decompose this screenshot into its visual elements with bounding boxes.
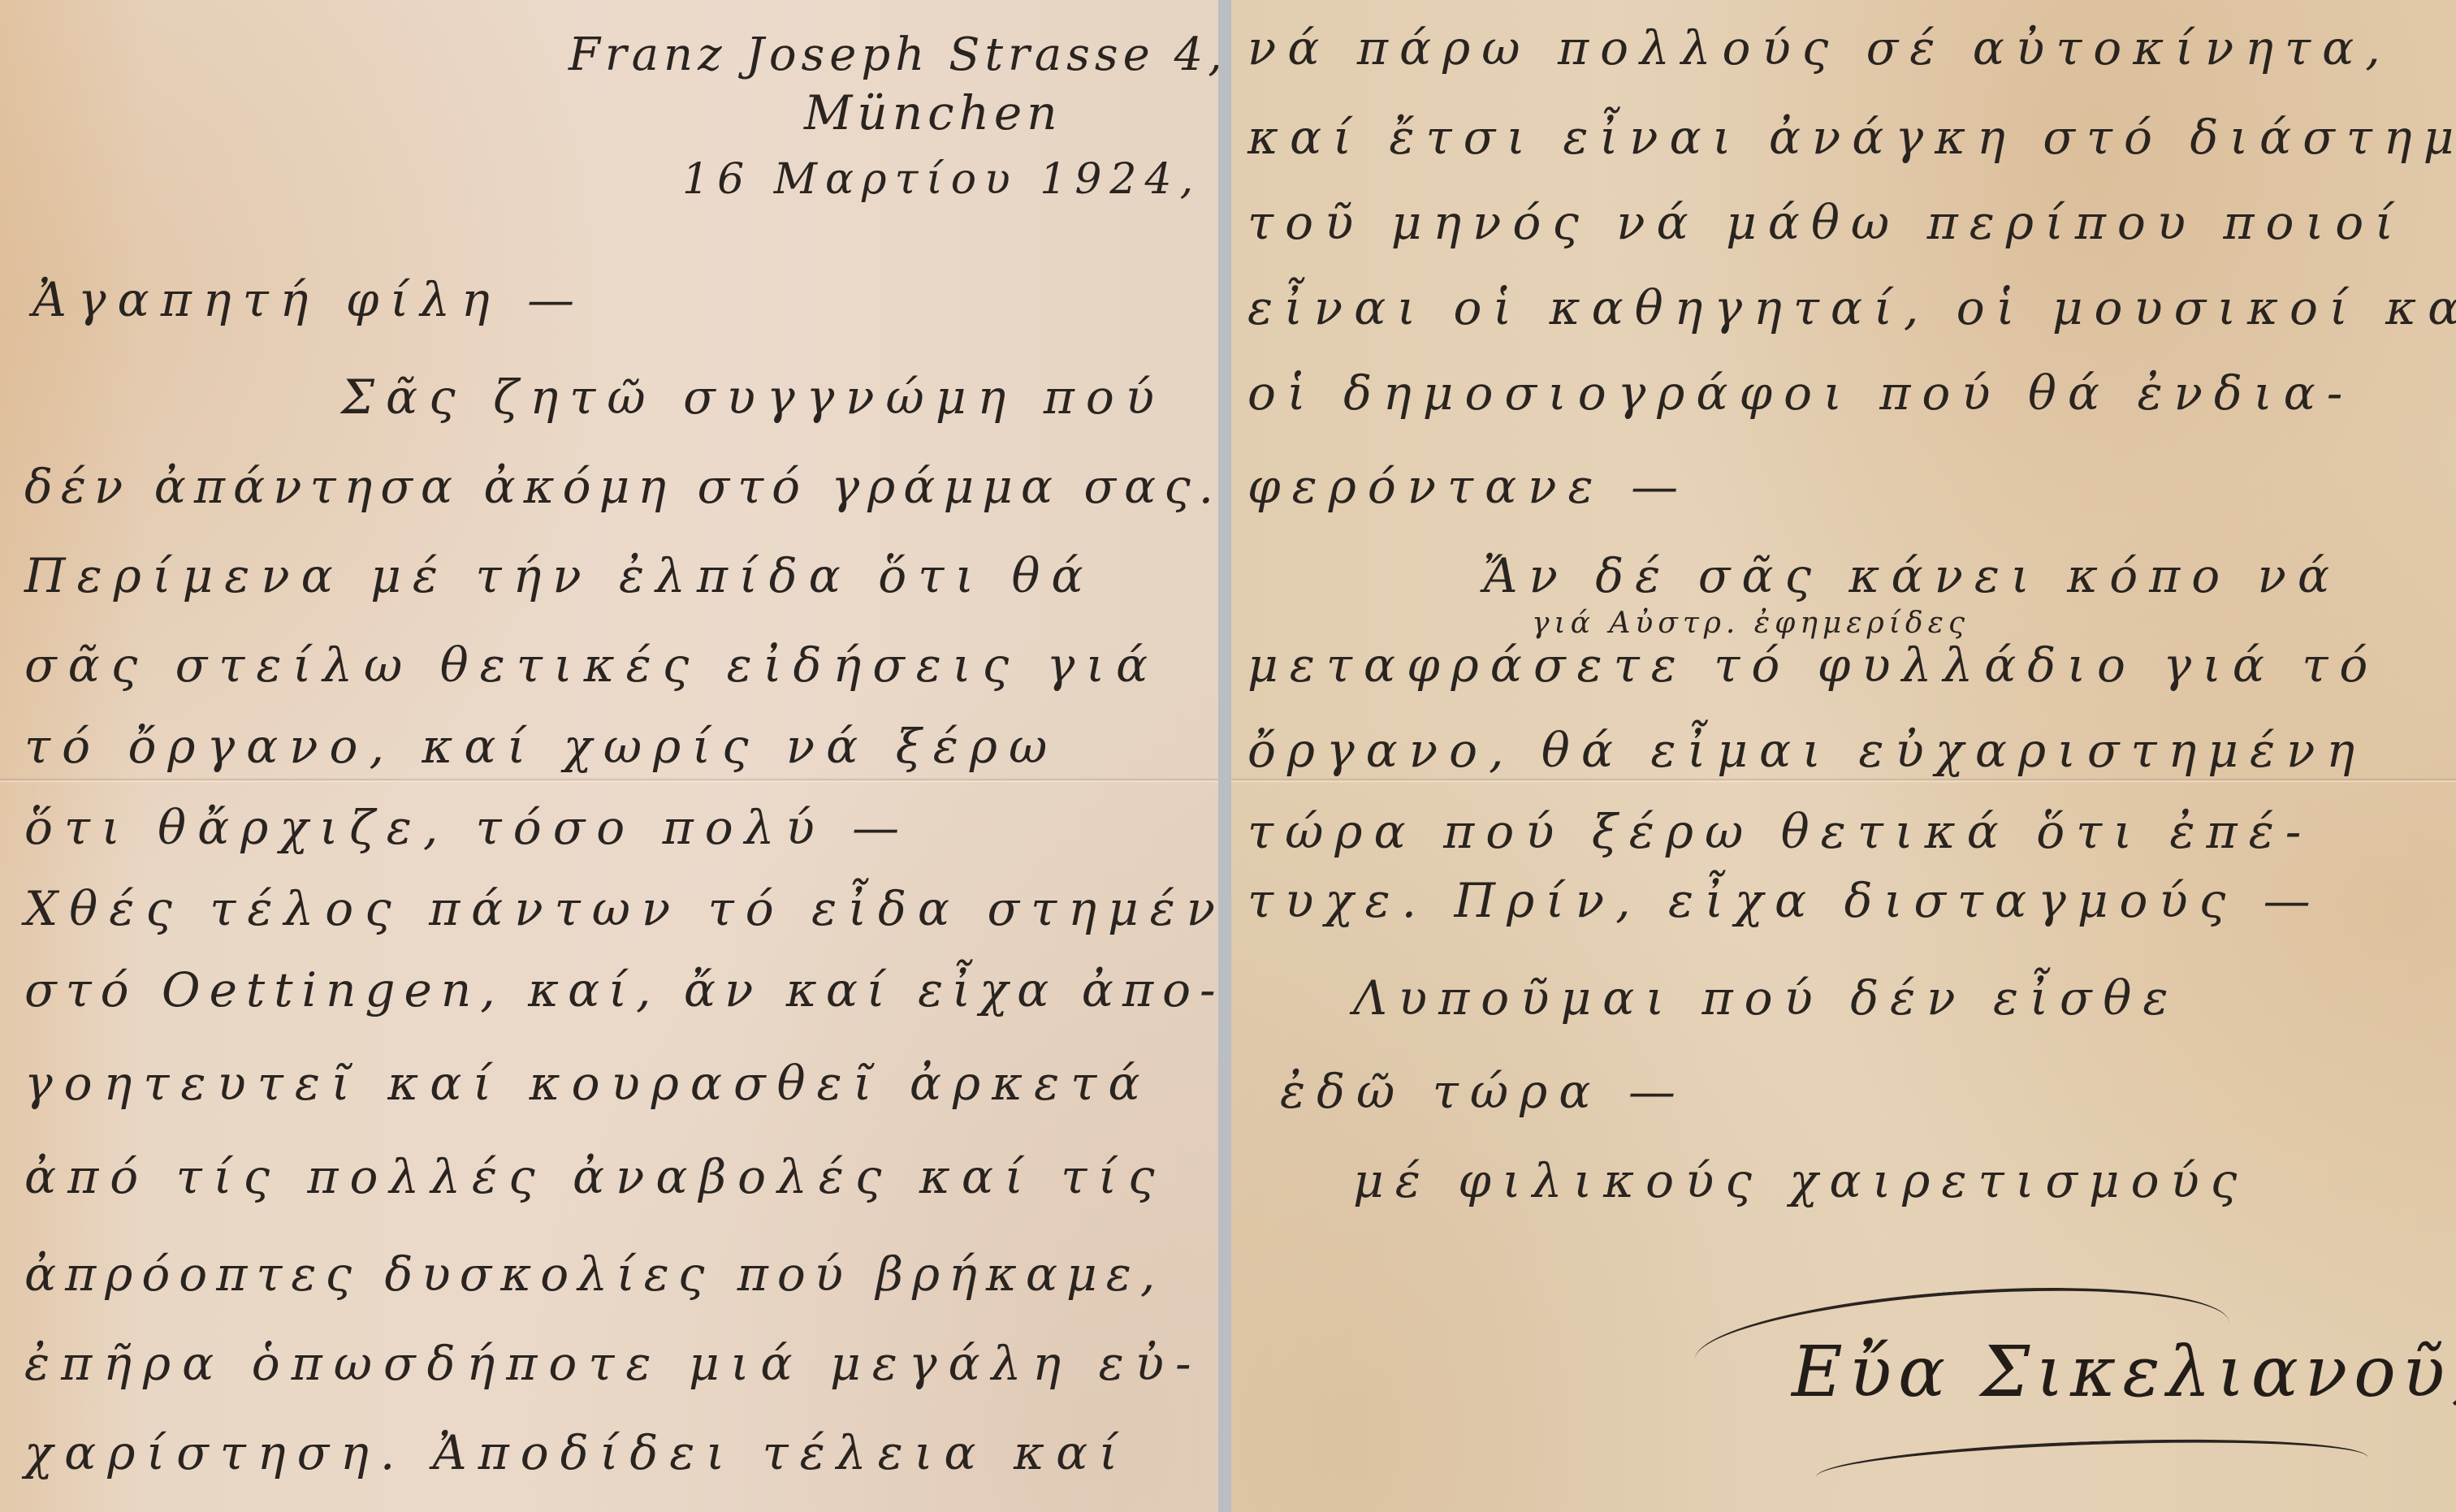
signature-flourish-bottom — [1815, 1432, 2369, 1503]
letter-date: 16 Μαρτίου 1924, — [682, 158, 1201, 201]
paper-fold-line — [1231, 778, 2456, 783]
body-line: γοητευτεῖ καί κουρασθεῖ ἀρκετά — [24, 1060, 1152, 1107]
body-line: ἀπό τίς πολλές ἀναβολές καί τίς — [24, 1153, 1166, 1200]
body-line: Ἄν δέ σᾶς κάνει κόπο νά — [1483, 552, 2341, 599]
page-gutter — [1218, 0, 1231, 1512]
address-line-2: München — [804, 89, 1062, 136]
body-line: Σᾶς ζητῶ συγγνώμη πού — [341, 374, 1165, 421]
body-line: ἀπρόοπτες δυσκολίες πού βρήκαμε, — [24, 1251, 1164, 1298]
body-line: τό ὄργανο, καί χωρίς νά ξέρω — [24, 723, 1058, 770]
body-line: στό Oettingen, καί, ἄν καί εἶχα ἀπο- — [24, 966, 1218, 1013]
insertion-note: γιά Αὐστρ. ἐφημερίδες — [1532, 609, 1970, 638]
body-line: εἶναι οἱ καθηγηταί, οἱ μουσικοί καί — [1247, 284, 2456, 331]
body-line: ἐδῶ τώρα — — [1280, 1068, 1687, 1115]
body-line: τώρα πού ξέρω θετικά ὅτι ἐπέ- — [1247, 808, 2312, 855]
body-line: μεταφράσετε τό φυλλάδιο γιά τό — [1247, 642, 2379, 689]
address-line-1: Franz Joseph Strasse 4, — [569, 32, 1218, 78]
salutation: Ἀγαπητή φίλη — — [32, 276, 586, 323]
body-line: ὅτι θἄρχιζε, τόσο πολύ — — [24, 804, 910, 851]
letter-page-left: Franz Joseph Strasse 4, München 16 Μαρτί… — [0, 0, 1218, 1512]
body-line: ὄργανο, θά εἶμαι εὐχαριστημένη — [1247, 727, 2366, 774]
body-line: τυχε. Πρίν, εἶχα δισταγμούς — — [1247, 877, 2322, 924]
body-line: νά πάρω πολλούς σέ αὐτοκίνητα, — [1247, 24, 2392, 71]
body-line: οἱ δημοσιογράφοι πού θά ἐνδια- — [1247, 369, 2354, 417]
body-line: ἐπῆρα ὁπωσδήποτε μιά μεγάλη εὐ- — [24, 1340, 1203, 1387]
body-line: Χθές τέλος πάντων τό εἶδα στημένο — [24, 885, 1218, 932]
letter-page-right: νά πάρω πολλούς σέ αὐτοκίνητα, καί ἔτσι … — [1231, 0, 2456, 1512]
body-line: καί ἔτσι εἶναι ἀνάγκη στό διάστημα — [1247, 114, 2456, 161]
body-line: τοῦ μηνός νά μάθω περίπου ποιοί — [1247, 199, 2405, 246]
body-line: δέν ἀπάντησα ἀκόμη στό γράμμα σας. — [24, 463, 1218, 510]
signature: Εὔα Σικελιανοῦ, — [1792, 1332, 2456, 1413]
body-line: φερόντανε — — [1247, 463, 1689, 510]
paper-fold-line — [0, 778, 1218, 783]
closing-line: μέ φιλικούς χαιρετισμούς — [1353, 1157, 2248, 1204]
body-line: Περίμενα μέ τήν ἐλπίδα ὅτι θά — [24, 552, 1095, 599]
body-line: Λυποῦμαι πού δέν εἶσθε — [1353, 974, 2179, 1022]
body-line: σᾶς στείλω θετικές εἰδήσεις γιά — [24, 642, 1159, 689]
body-line: χαρίστηση. Ἀποδίδει τέλεια καί — [24, 1429, 1129, 1476]
